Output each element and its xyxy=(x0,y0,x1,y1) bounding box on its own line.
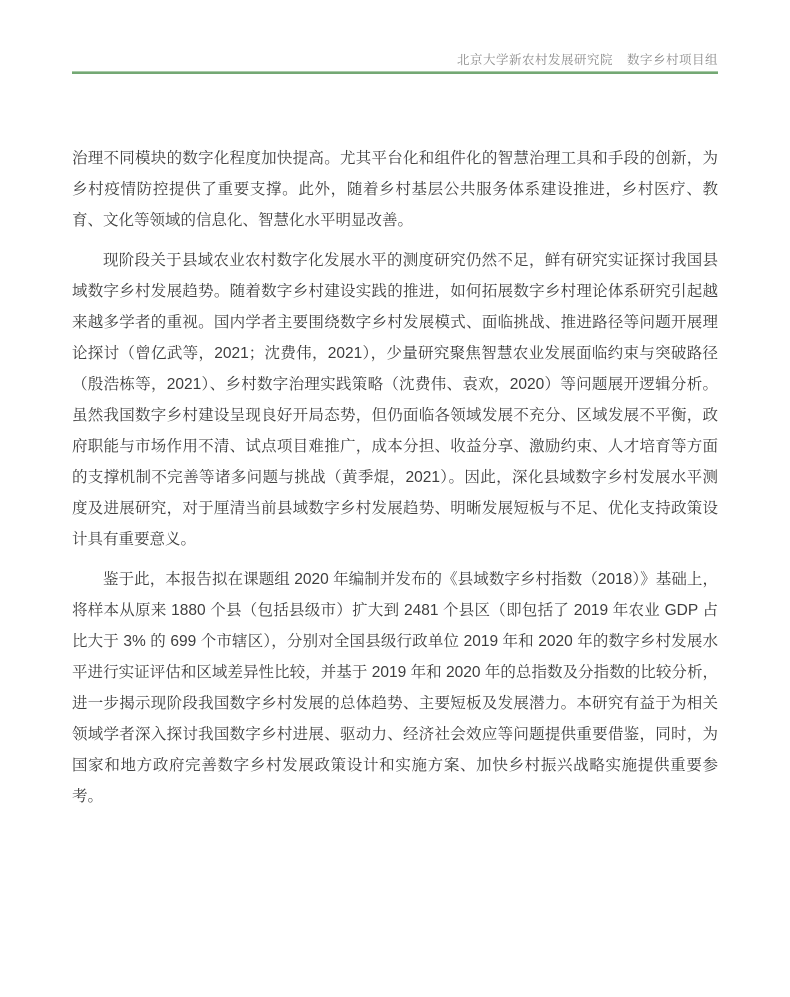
body-paragraph-1: 治理不同模块的数字化程度加快提高。尤其平台化和组件化的智慧治理工具和手段的创新，… xyxy=(72,143,718,236)
report-page: 北京大学新农村发展研究院数字乡村项目组 治理不同模块的数字化程度加快提高。尤其平… xyxy=(0,0,790,997)
header-divider-rule xyxy=(72,71,718,74)
body-text-block: 治理不同模块的数字化程度加快提高。尤其平台化和组件化的智慧治理工具和手段的创新，… xyxy=(72,143,718,821)
body-paragraph-3: 鉴于此，本报告拟在课题组 2020 年编制并发布的《县域数字乡村指数（2018）… xyxy=(72,564,718,812)
page-header: 北京大学新农村发展研究院数字乡村项目组 xyxy=(72,50,718,68)
header-institute-name: 北京大学新农村发展研究院 xyxy=(457,53,613,67)
header-project-group-name: 数字乡村项目组 xyxy=(627,53,718,67)
body-paragraph-2: 现阶段关于县域农业农村数字化发展水平的测度研究仍然不足，鲜有研究实证探讨我国县域… xyxy=(72,245,718,555)
